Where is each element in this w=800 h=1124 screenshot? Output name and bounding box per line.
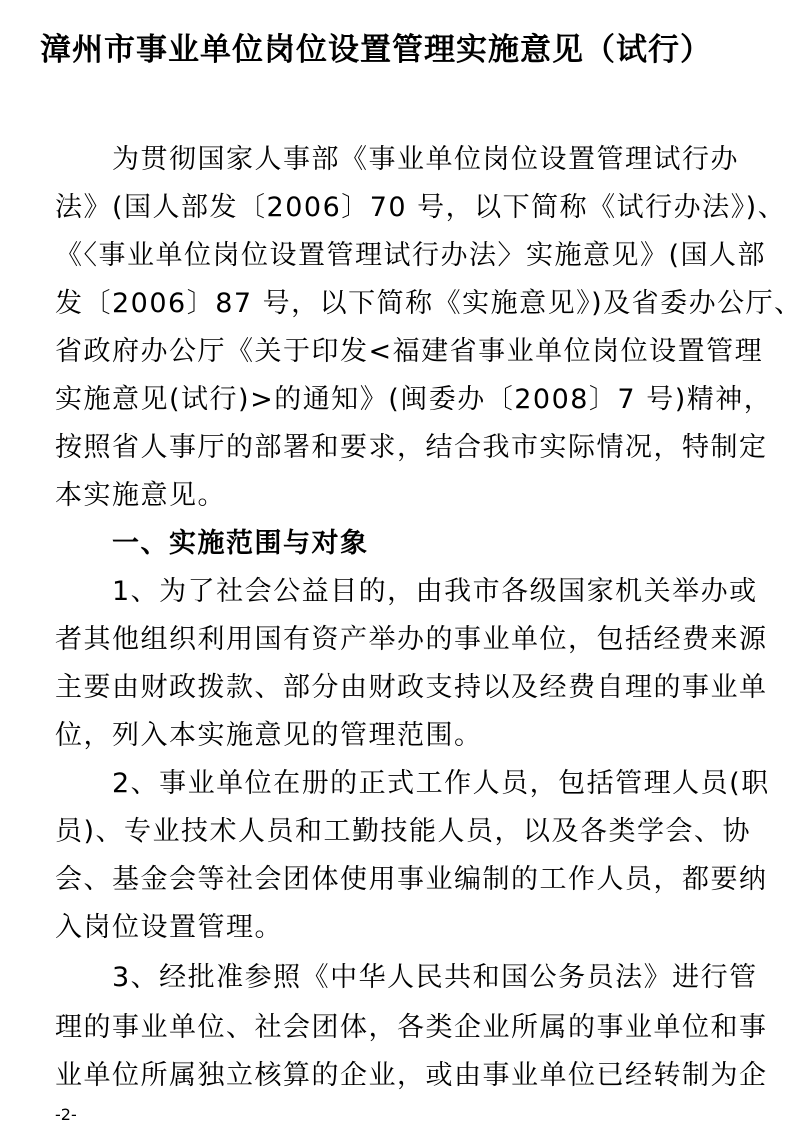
text-line: 会、基金会等社会团体使用事业编制的工作人员，都要纳 [55, 860, 775, 900]
document-title: 漳州市事业单位岗位设置管理实施意见（试行） [40, 28, 780, 72]
text-line: 本实施意见。 [55, 476, 775, 516]
text-line: 1、为了社会公益目的，由我市各级国家机关举办或 [112, 572, 800, 612]
text-line: 业单位所属独立核算的企业，或由事业单位已经转制为企 [55, 1056, 775, 1096]
text-line: 按照省人事厅的部署和要求，结合我市实际情况，特制定 [55, 428, 775, 468]
text-line: 法》(国人部发〔2006〕70 号，以下简称《试行办法》)、 [55, 188, 775, 228]
text-line: 3、经批准参照《中华人民共和国公务员法》进行管 [112, 958, 800, 998]
text-line: 位，列入本实施意见的管理范围。 [55, 716, 775, 756]
text-line: 主要由财政拨款、部分由财政支持以及经费自理的事业单 [55, 668, 775, 708]
text-line: 《〈事业单位岗位设置管理试行办法〉实施意见》(国人部 [55, 236, 775, 276]
text-line: 实施意见(试行)>的通知》(闽委办〔2008〕7 号)精神， [55, 380, 775, 420]
text-line: 员)、专业技术人员和工勤技能人员，以及各类学会、协 [55, 812, 775, 852]
text-line: 发〔2006〕87 号，以下简称《实施意见》)及省委办公厅、 [55, 284, 775, 324]
section-heading: 一、实施范围与对象 [112, 524, 800, 564]
text-line: 为贯彻国家人事部《事业单位岗位设置管理试行办 [112, 140, 800, 180]
text-line: 省政府办公厅《关于印发<福建省事业单位岗位设置管理 [55, 332, 775, 372]
text-line: 理的事业单位、社会团体，各类企业所属的事业单位和事 [55, 1008, 775, 1048]
text-line: 入岗位设置管理。 [55, 908, 775, 948]
page-number: -2- [55, 1106, 77, 1124]
text-line: 2、事业单位在册的正式工作人员，包括管理人员(职 [112, 764, 800, 804]
text-line: 者其他组织利用国有资产举办的事业单位，包括经费来源 [55, 620, 775, 660]
